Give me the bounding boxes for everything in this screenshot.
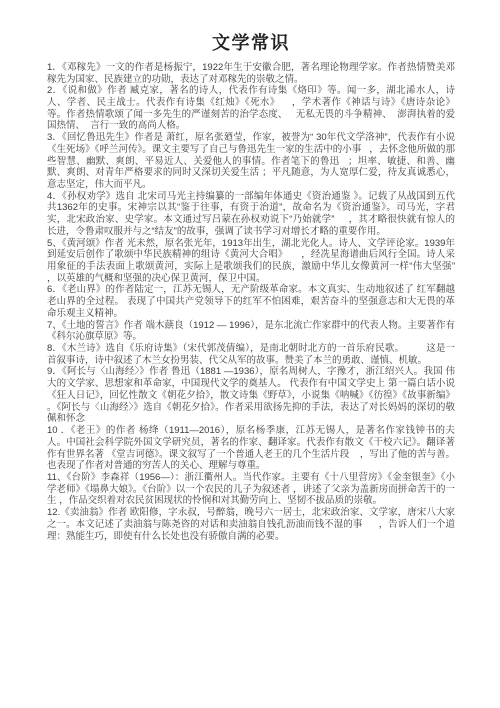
paragraph-7: 7、《土地的誓言》作者 端木蕻良（1912 — 1996），是东北流亡作家群中的… <box>47 320 455 343</box>
paragraph-11: 11、《台阶》李森祥（1956—）：浙江衢州人。当代作家。主要有《十八里营房》《… <box>47 472 455 507</box>
paragraph-9: 9．《阿长与〈山海经〉》作者 鲁迅（1881 —1936），原名周树人，字豫才，… <box>47 366 455 425</box>
paragraph-7-number: 7、 <box>47 320 62 331</box>
paragraph-2: 2．《说和做》作者 臧克家，著名的诗人，代表作有诗集《烙印》等。闻一多，湖北浠水… <box>47 85 455 132</box>
paragraph-3-number: 3． <box>47 132 62 143</box>
document-title: 文学常识 <box>47 34 455 54</box>
document-content: 文学常识 1．《邓稼先》一文的作者是杨振宁，1922年生于安徽合肥，著名理论物理… <box>0 0 500 542</box>
paragraph-4: 4．《孙权劝学》选自 北宋司马光主持编纂的一部编年体通史《资治通鉴 》。记载了从… <box>47 191 455 238</box>
paragraph-1-text: 《邓稼先》一文的作者是杨振宁，1922年生于安徽合肥，著名理论物理学家。作者热情… <box>47 62 455 85</box>
paragraph-8: 8．《木兰诗》选自《乐府诗集》（宋代郭茂倩编），是南北朝时北方的一首乐府民歌。 … <box>47 343 455 366</box>
paragraph-5: 5、《黄河颂》作者 光未然，原名张光年，1913年出生，湖北光化人。诗人、文学评… <box>47 238 455 285</box>
paragraph-8-number: 8． <box>47 343 62 354</box>
paragraph-7-text: 《土地的誓言》作者 端木蕻良（1912 — 1996），是东北流亡作家群中的代表… <box>47 320 455 343</box>
paragraph-10-number: 10 ． <box>47 425 71 436</box>
paragraph-3: 3．《回忆鲁迅先生》作者是 萧红，原名张廼莹，作家，被誉为“ 30年代文学洛神”… <box>47 132 455 191</box>
paragraph-11-text: 《台阶》李森祥（1956—）：浙江衢州人。当代作家。主要有《十八里营房》《金奎银… <box>47 472 455 506</box>
document-body: 1．《邓稼先》一文的作者是杨振宁，1922年生于安徽合肥，著名理论物理学家。作者… <box>47 62 455 542</box>
paragraph-4-text: 《孙权劝学》选自 北宋司马光主持编纂的一部编年体通史《资治通鉴 》。记载了从战国… <box>47 191 455 237</box>
paragraph-1: 1．《邓稼先》一文的作者是杨振宁，1922年生于安徽合肥，著名理论物理学家。作者… <box>47 62 455 85</box>
paragraph-12: 12.《卖油翁》作者 欧阳修，字永叔，号醉翁，晚号六一居士，北宋政治家、文学家，… <box>47 507 455 542</box>
paragraph-10-text: 《老王》的作者 杨绛（1911—2016），原名杨季康，江苏无锡人，是著名作家钱… <box>47 425 455 471</box>
paragraph-9-text: 《阿长与〈山海经〉》作者 鲁迅（1881 —1936），原名周树人，字豫才，浙江… <box>47 366 458 424</box>
paragraph-1-number: 1． <box>47 62 62 73</box>
paragraph-6-number: 6． <box>47 284 62 295</box>
paragraph-12-text: 《卖油翁》作者 欧阳修，字永叔，号醉翁，晚号六一居士，北宋政治家、文学家，唐宋八… <box>47 507 455 541</box>
paragraph-11-number: 11、 <box>47 472 67 483</box>
paragraph-3-text: 《回忆鲁迅先生》作者是 萧红，原名张廼莹，作家，被誉为“ 30年代文学洛神”，代… <box>47 132 455 190</box>
paragraph-10: 10 ．《老王》的作者 杨绛（1911—2016），原名杨季康，江苏无锡人，是著… <box>47 425 455 472</box>
paragraph-5-number: 5、 <box>47 238 62 249</box>
paragraph-2-number: 2． <box>47 85 63 96</box>
paragraph-4-number: 4． <box>47 191 62 202</box>
paragraph-5-text: 《黄河颂》作者 光未然，原名张光年，1913年出生，湖北光化人。诗人、文学评论家… <box>47 238 471 284</box>
paragraph-6-text: 《老山界》的作者陆定一，江苏无锡人，无产阶级革命家。本文真实、生动地叙述了 红军… <box>47 284 455 318</box>
paragraph-2-text: 《说和做》作者 臧克家，著名的诗人，代表作有诗集《烙印》等。闻一多，湖北浠水人，… <box>47 85 455 131</box>
paragraph-8-text: 《木兰诗》选自《乐府诗集》（宋代郭茂倩编），是南北朝时北方的一首乐府民歌。 这是… <box>47 343 455 366</box>
document-page: 文学常识 1．《邓稼先》一文的作者是杨振宁，1922年生于安徽合肥，著名理论物理… <box>0 0 500 708</box>
paragraph-9-number: 9． <box>47 366 62 377</box>
paragraph-12-number: 12. <box>47 507 60 518</box>
paragraph-6: 6．《老山界》的作者陆定一，江苏无锡人，无产阶级革命家。本文真实、生动地叙述了 … <box>47 284 455 319</box>
